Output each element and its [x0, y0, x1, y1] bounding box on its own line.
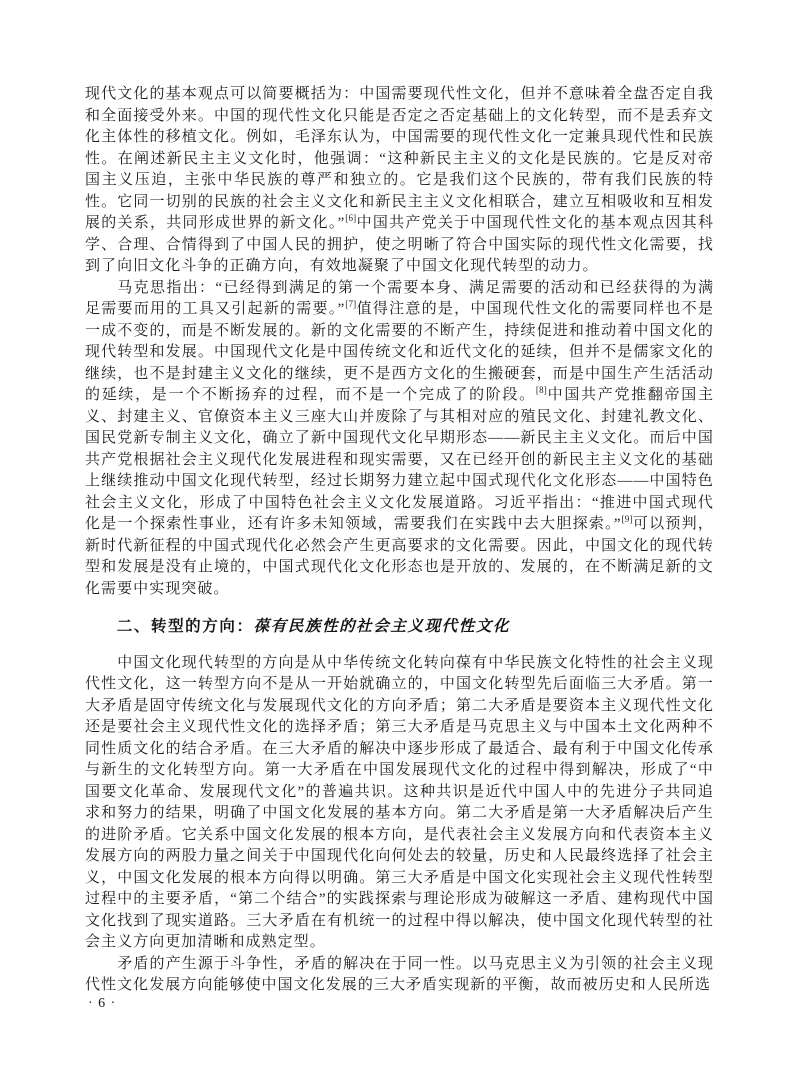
- footnote-reference: [9]: [622, 514, 633, 524]
- document-body: 现代文化的基本观点可以简要概括为：中国需要现代性文化，但并不意味着全盘否定自我和…: [85, 84, 714, 997]
- footnote-reference: [6]: [345, 213, 356, 223]
- footnote-reference: [7]: [345, 299, 356, 309]
- section-heading-prefix: 二、转型的方向：: [117, 618, 254, 635]
- paragraph: 现代文化的基本观点可以简要概括为：中国需要现代性文化，但并不意味着全盘否定自我和…: [85, 84, 714, 278]
- text-run: 矛盾的产生源于斗争性，矛盾的解决在于同一性。以马克思主义为引领的社会主义现代性文…: [85, 956, 714, 994]
- paragraph: 矛盾的产生源于斗争性，矛盾的解决在于同一性。以马克思主义为引领的社会主义现代性文…: [85, 954, 714, 997]
- text-run: 中国文化现代转型的方向是从中华传统文化转向葆有中华民族文化特性的社会主义现代性文…: [85, 655, 714, 951]
- footnote-reference: [8]: [536, 385, 547, 395]
- text-run: 中国共产党推翻帝国主义、封建主义、官僚资本主义三座大山并废除了与其相对应的殖民文…: [85, 387, 714, 532]
- paragraph: 中国文化现代转型的方向是从中华传统文化转向葆有中华民族文化特性的社会主义现代性文…: [85, 653, 714, 954]
- paragraph: 马克思指出：“已经得到满足的第一个需要本身、满足需要的活动和已经获得的为满足需要…: [85, 278, 714, 601]
- section-heading-emphasis: 葆有民族性的社会主义现代性文化: [254, 618, 511, 635]
- text-run: 现代文化的基本观点可以简要概括为：中国需要现代性文化，但并不意味着全盘否定自我和…: [85, 86, 714, 231]
- document-page: 现代文化的基本观点可以简要概括为：中国需要现代性文化，但并不意味着全盘否定自我和…: [0, 0, 793, 1077]
- section-heading: 二、转型的方向：葆有民族性的社会主义现代性文化: [85, 616, 714, 638]
- page-number: · 6 ·: [88, 996, 116, 1012]
